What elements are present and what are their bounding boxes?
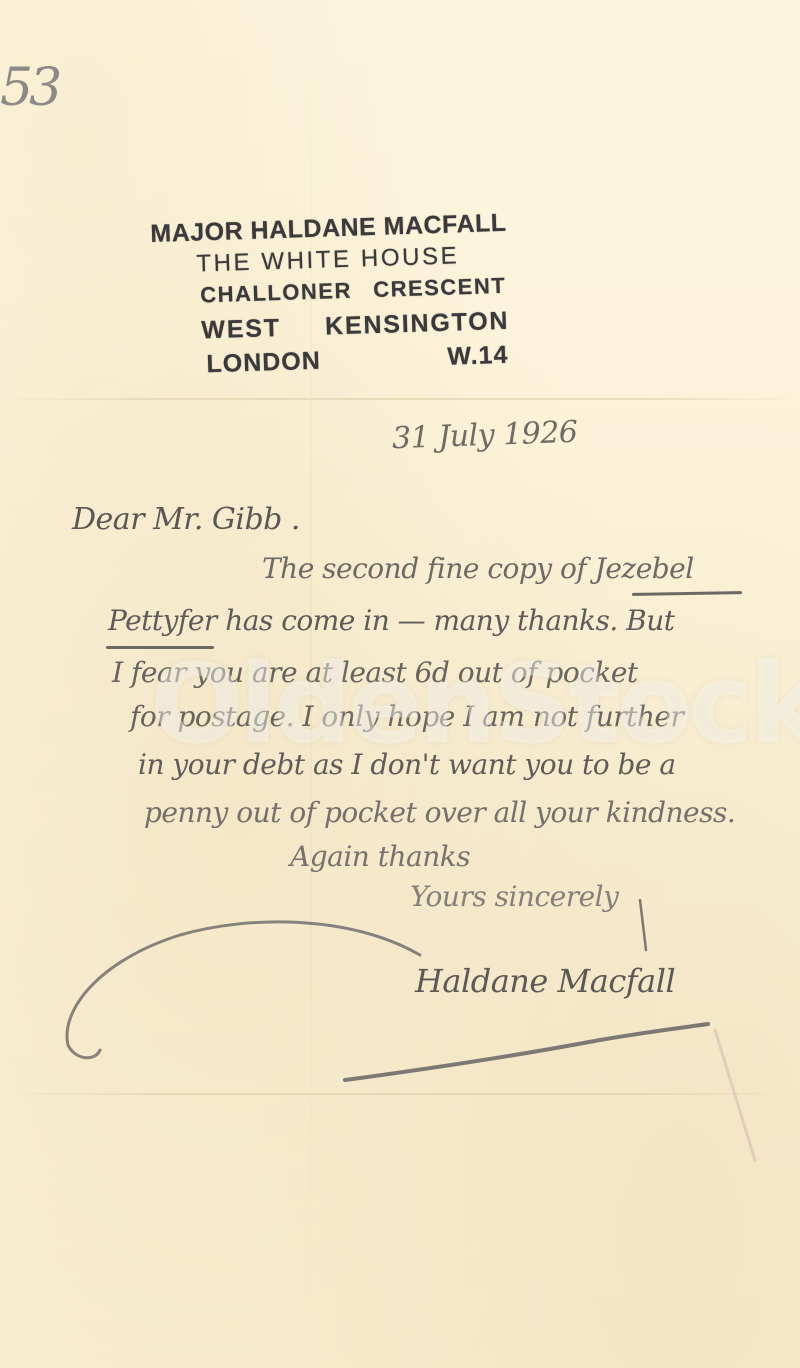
letter-body-line: Again thanks: [290, 840, 470, 873]
paper-fold-line: [0, 398, 800, 400]
letter-signature: Haldane Macfall: [415, 962, 675, 1000]
letter-salutation: Dear Mr. Gibb .: [72, 502, 300, 537]
letter-body-line: Pettyfer has come in — many thanks. But: [108, 604, 675, 637]
letter-date: 31 July 1926: [391, 415, 578, 456]
letter-body-line: The second fine copy of Jezebel: [262, 552, 694, 585]
letter-body-line: penny out of pocket over all your kindne…: [144, 796, 735, 829]
watermark-logo: OldenStock: [150, 640, 800, 768]
letter-closing: Yours sincerely: [410, 880, 618, 913]
corner-page-number: 53: [0, 58, 58, 118]
paper-fold-line: [0, 1093, 800, 1095]
letterhead-stamp: MAJOR HALDANE MACFALL THE WHITE HOUSE CH…: [150, 211, 511, 386]
